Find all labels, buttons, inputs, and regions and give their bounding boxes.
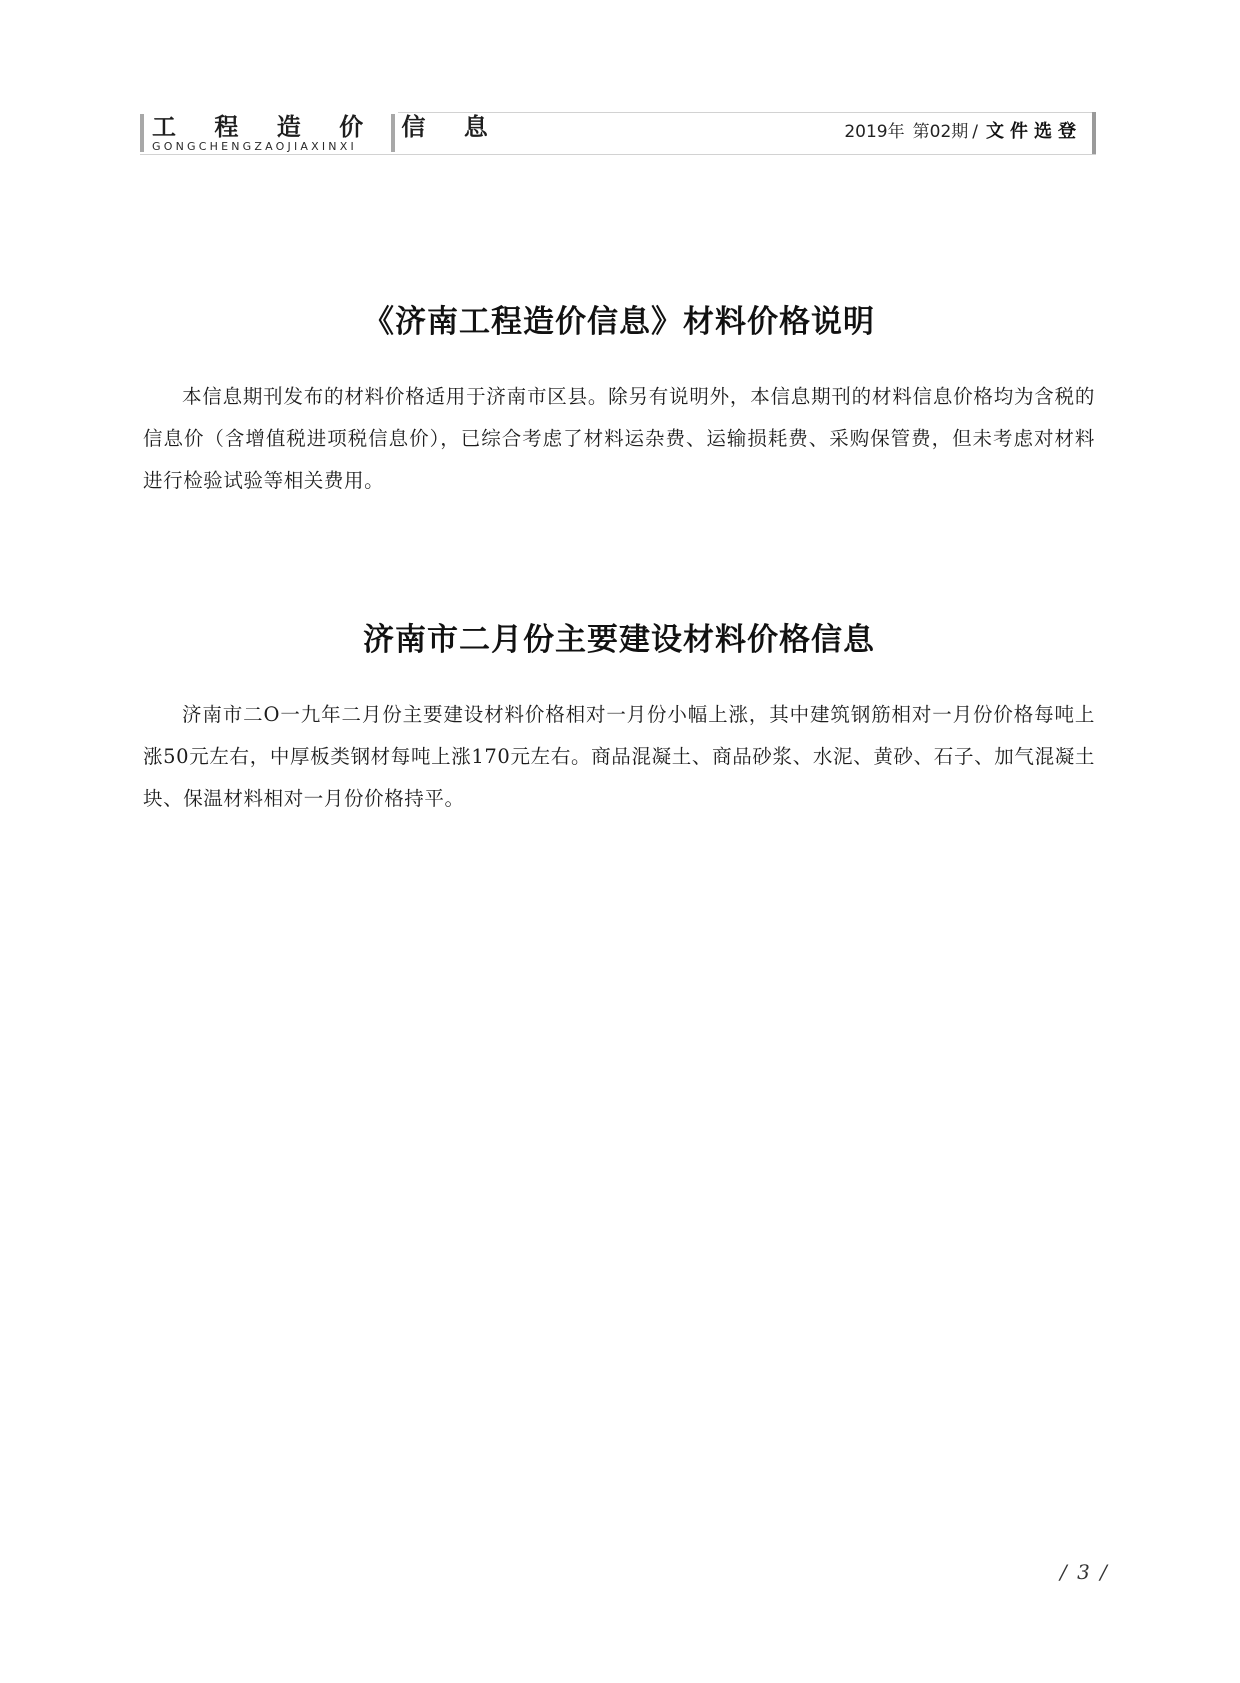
running-header: 工 程 造 价 信 息 GONGCHENGZAOJIAXINXI 2019年第0… [140,112,1096,156]
header-right-bar [1092,112,1096,154]
article-title: 《济南工程造价信息》材料价格说明 [143,302,1095,342]
publication-name-pinyin: GONGCHENGZAOJIAXINXI [152,140,388,153]
article-title: 济南市二月份主要建设材料价格信息 [143,620,1095,660]
article-february-prices: 济南市二月份主要建设材料价格信息 济南市二O一九年二月份主要建设材料价格相对一月… [143,620,1095,820]
issue-number: 第02期 [913,122,969,142]
publication-logo: 工 程 造 价 信 息 GONGCHENGZAOJIAXINXI [152,114,388,153]
issue-info: 2019年第02期/文件选登 [844,120,1082,144]
article-paragraph: 济南市二O一九年二月份主要建设材料价格相对一月份小幅上涨，其中建筑钢筋相对一月份… [143,694,1095,820]
header-bottom-rule [140,154,1096,155]
publication-name-cn: 工 程 造 价 信 息 [152,114,388,140]
section-name: 文件选登 [986,121,1082,142]
header-left-bar [140,114,144,152]
issue-year: 2019年 [844,122,904,142]
page-number: / 3 / [1060,1560,1109,1584]
issue-separator: / [972,122,978,142]
article-paragraph: 本信息期刊发布的材料价格适用于济南市区县。除另有说明外，本信息期刊的材料信息价格… [143,376,1095,502]
article-price-explanation: 《济南工程造价信息》材料价格说明 本信息期刊发布的材料价格适用于济南市区县。除另… [143,302,1095,502]
